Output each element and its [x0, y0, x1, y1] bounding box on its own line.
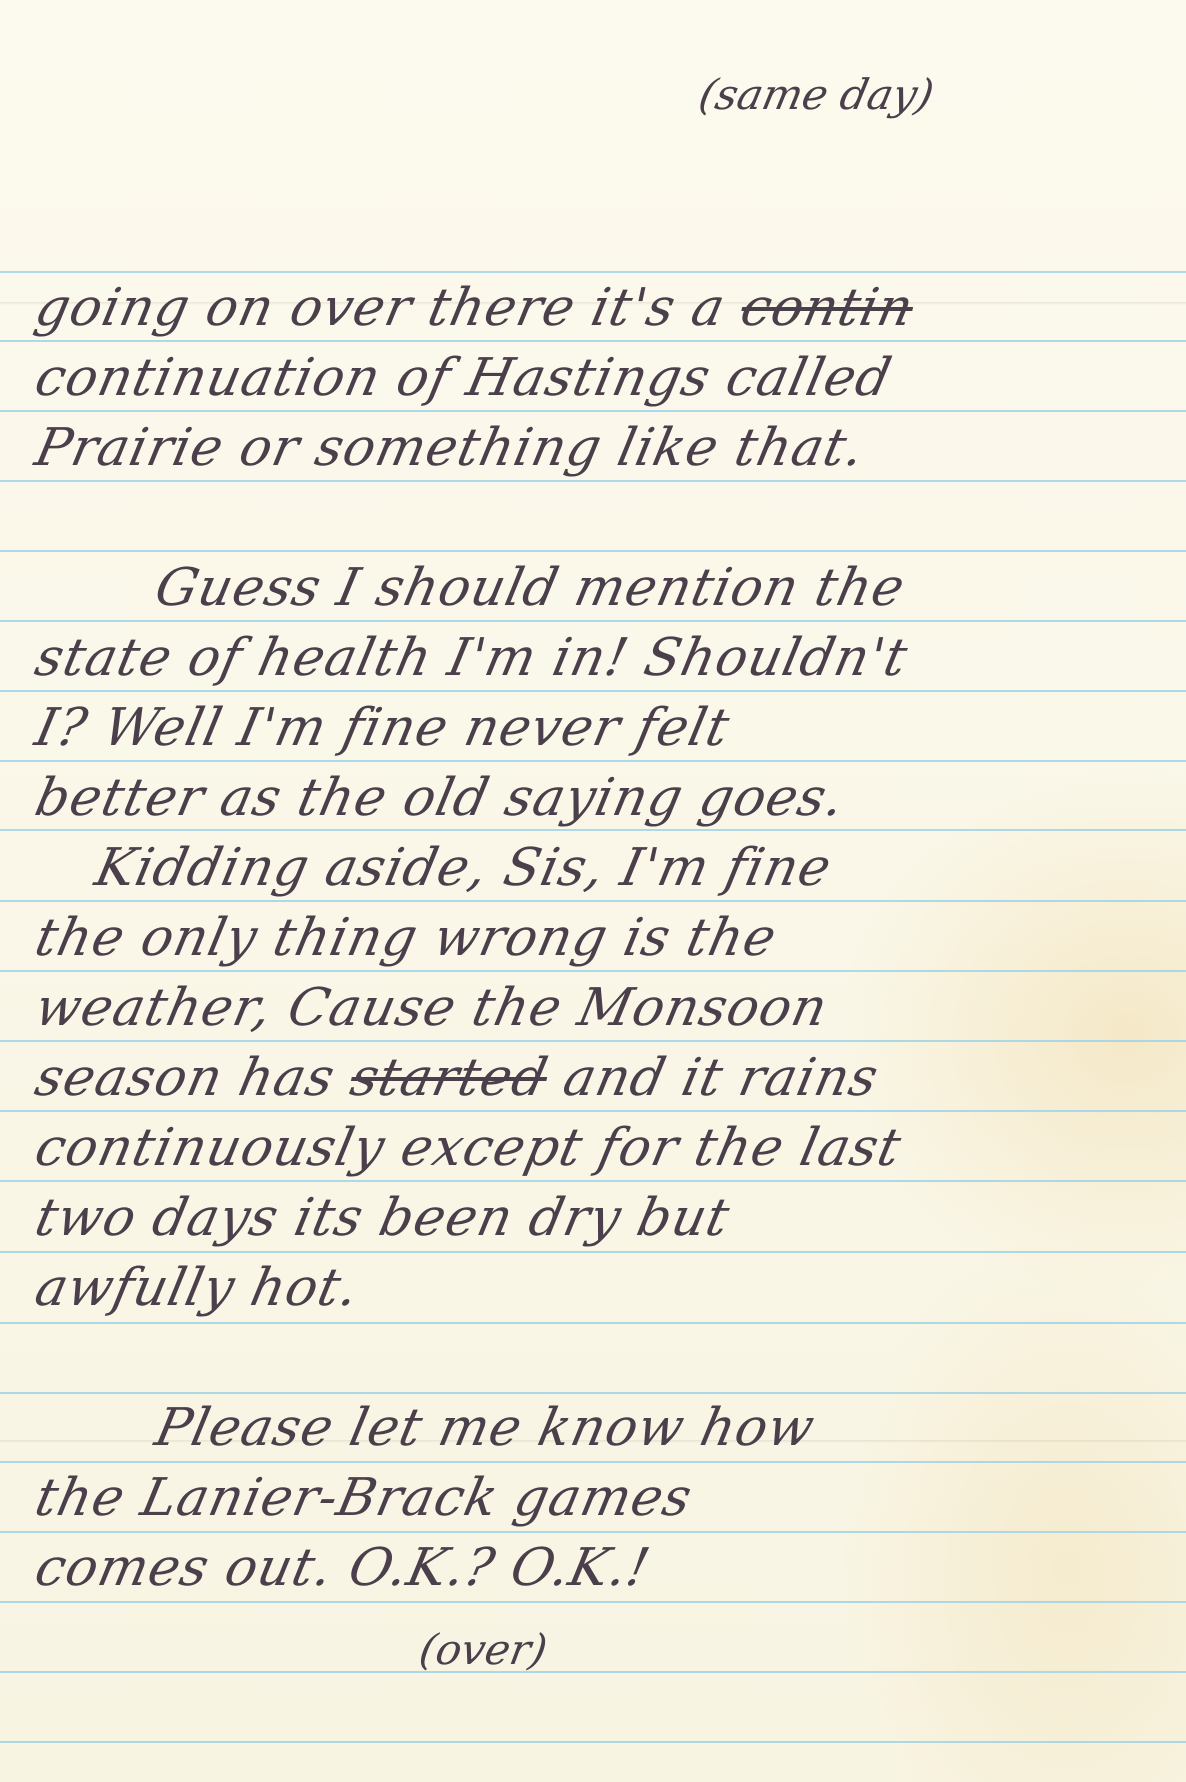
- text-line: weather, Cause the Monsoon: [30, 978, 833, 1038]
- text-line: comes out. O.K.? O.K.!: [30, 1538, 656, 1598]
- text-line: awfully hot.: [30, 1258, 364, 1318]
- line-text: going on over there it's a: [30, 278, 748, 338]
- ruled-line: [0, 1251, 1186, 1253]
- text-line: Kidding aside, Sis, I'm fine: [90, 838, 837, 898]
- letter-page: (same day) going on over there it's a co…: [0, 0, 1186, 1782]
- text-line: I? Well I'm fine never felt: [30, 698, 735, 758]
- header-note: (same day): [695, 70, 938, 119]
- ruled-line: [0, 480, 1186, 482]
- ruled-line: [0, 550, 1186, 552]
- ruled-line: [0, 900, 1186, 902]
- text-line: Guess I should mention the: [150, 558, 911, 618]
- text-line: Please let me know how: [150, 1398, 820, 1458]
- text-line: state of health I'm in! Shouldn't: [30, 628, 913, 688]
- ruled-line: [0, 1531, 1186, 1533]
- ruled-line: [0, 1601, 1186, 1603]
- text-line: two days its been dry but: [30, 1188, 735, 1248]
- struck-text: started: [345, 1048, 553, 1108]
- text-line: continuation of Hastings called: [30, 348, 897, 408]
- ruled-line: [0, 829, 1186, 831]
- ruled-line: [0, 690, 1186, 692]
- text-line: continuously except for the last: [30, 1118, 907, 1178]
- ruled-line: [0, 271, 1186, 273]
- text-line: going on over there it's a contin: [30, 278, 919, 338]
- ruled-line: [0, 1110, 1186, 1112]
- line-text: season has: [30, 1048, 358, 1108]
- footer-note: (over): [416, 1625, 551, 1674]
- ruled-line: [0, 1322, 1186, 1324]
- ruled-line: [0, 1180, 1186, 1182]
- text-line: Prairie or something like that.: [30, 418, 870, 478]
- ruled-line: [0, 760, 1186, 762]
- text-line: better as the old saying goes.: [30, 768, 850, 828]
- ruled-line: [0, 970, 1186, 972]
- ruled-line: [0, 620, 1186, 622]
- ruled-line: [0, 1671, 1186, 1673]
- struck-text: contin: [736, 278, 920, 338]
- line-text: and it rains: [541, 1048, 884, 1108]
- text-line: season has started and it rains: [30, 1048, 884, 1108]
- text-line: the Lanier-Brack games: [30, 1468, 698, 1528]
- ruled-line: [0, 410, 1186, 412]
- ruled-line: [0, 1392, 1186, 1394]
- ruled-line: [0, 340, 1186, 342]
- ruled-line: [0, 1461, 1186, 1463]
- ruled-line: [0, 1040, 1186, 1042]
- ruled-line: [0, 1741, 1186, 1743]
- text-line: the only thing wrong is the: [30, 908, 782, 968]
